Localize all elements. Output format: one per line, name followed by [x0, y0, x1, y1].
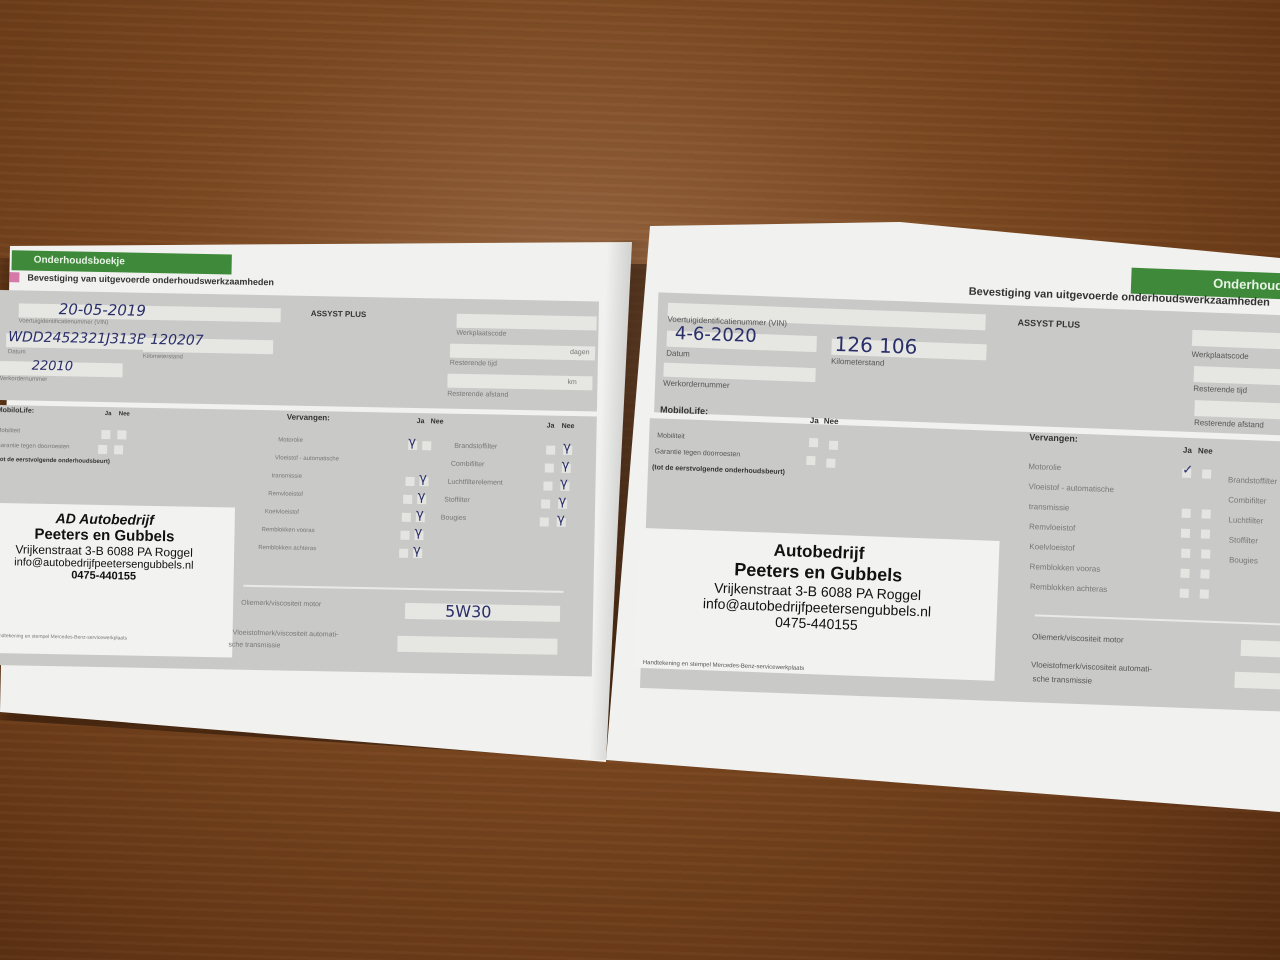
order-handwriting: 22010: [32, 359, 74, 375]
replace-item-label: Stoffilter: [1229, 535, 1259, 545]
vin-handwriting: 20-05-2019: [59, 300, 147, 320]
checkbox[interactable]: [826, 459, 835, 468]
replace-item-label: Luchtfilter: [1228, 515, 1263, 525]
handwritten-check-icon: γ: [419, 471, 427, 486]
checkbox-nee[interactable]: [1201, 509, 1210, 518]
dealer-stamp: Autobedrijf Peeters en Gubbels Vrijkenst…: [635, 528, 1000, 681]
checkbox-ja[interactable]: [1181, 509, 1190, 518]
trans-label-2: sche transmissie: [228, 641, 280, 649]
replace-item-label: Remblokken achteras: [258, 545, 316, 552]
replace-item-label: Koelvloeistof: [1029, 542, 1075, 553]
handwritten-check-icon: γ: [413, 543, 421, 558]
booklet-tab: Onderhoudsboekje: [12, 250, 232, 274]
order-label: Werkordernummer: [0, 376, 47, 383]
checkbox-ja[interactable]: [546, 446, 555, 455]
replace-item-label: Motorolie: [278, 437, 303, 443]
replace-item-label: transmissie: [1029, 502, 1070, 512]
ja-header: Ja: [417, 418, 425, 425]
replace-item-label: Koelvloeistof: [265, 509, 299, 516]
mobiliteit-label: Mobiliteit: [657, 432, 685, 440]
checkbox[interactable]: [117, 430, 126, 439]
replace-item-label: Luchtfilterelement: [447, 479, 502, 487]
replace-item-label: Vloeistof - automatische: [275, 455, 339, 462]
date-handwriting: 4-6-2020: [675, 323, 757, 347]
checkbox-nee[interactable]: [1201, 529, 1210, 538]
replace-item-label: Brandstoffilter: [454, 443, 497, 451]
nee-header: Nee: [431, 418, 444, 425]
checkbox[interactable]: [809, 438, 818, 447]
ja-header: Ja: [105, 411, 112, 417]
checkbox[interactable]: [98, 445, 107, 454]
trans-field: [1234, 672, 1280, 691]
handwritten-check-icon: γ: [558, 494, 566, 509]
handwritten-check-icon: ✓: [1182, 463, 1193, 478]
checkbox-ja[interactable]: [1180, 589, 1189, 598]
vervangen-title: Vervangen:: [1029, 432, 1078, 444]
trans-field: [397, 636, 557, 655]
checkbox-ja[interactable]: [543, 481, 552, 490]
nee-header: Nee: [824, 416, 839, 426]
checkbox-nee[interactable]: [1200, 569, 1209, 578]
replace-item-label: Bougies: [1229, 555, 1258, 565]
checkbox-ja[interactable]: [402, 513, 411, 522]
checkbox-ja[interactable]: [403, 495, 412, 504]
replace-item-label: transmissie: [272, 473, 302, 480]
ja-header: Ja: [547, 423, 555, 430]
ja-header: Ja: [1183, 446, 1192, 455]
checkbox-ja[interactable]: [545, 463, 554, 472]
replace-item-label: Combifilter: [1228, 495, 1267, 505]
checkbox[interactable]: [829, 441, 838, 450]
checkbox[interactable]: [114, 445, 123, 454]
nee-header: Nee: [562, 423, 575, 430]
date-handwriting: WDD2452321J313B: [8, 329, 147, 348]
checkbox-ja[interactable]: [405, 477, 414, 486]
handwritten-check-icon: γ: [562, 458, 570, 473]
nee-header: Nee: [1198, 446, 1213, 456]
checkbox-ja[interactable]: [400, 531, 409, 540]
checkbox[interactable]: [101, 430, 110, 439]
mobilolife-title: MobiloLife:: [660, 404, 708, 416]
replace-item-label: Brandstoffilter: [1228, 475, 1278, 486]
replace-item-label: Combifilter: [451, 461, 485, 469]
checkbox-nee[interactable]: [1200, 589, 1209, 598]
handwritten-check-icon: γ: [557, 512, 565, 527]
km-label: Kilometerstand: [831, 357, 885, 368]
handwritten-check-icon: γ: [417, 489, 425, 504]
time-label: Resterende tijd: [1193, 384, 1247, 395]
replace-item-label: Remvloeistof: [1029, 522, 1076, 533]
checkbox-ja[interactable]: [1181, 549, 1190, 558]
replace-item-label: Bougies: [441, 515, 466, 522]
date-label: Datum: [666, 349, 690, 359]
km-handwriting: 126 106: [834, 332, 918, 359]
assyst-plus-label: ASSYST PLUS: [311, 309, 367, 319]
oil-field: [1241, 640, 1280, 659]
workshop-field: [456, 314, 596, 331]
time-label: Resterende tijd: [450, 360, 497, 368]
km-handwriting: 120207: [150, 332, 204, 349]
oil-label: Oliemerk/viscositeit motor: [241, 600, 321, 609]
vervangen-title: Vervangen:: [287, 413, 330, 423]
oil-handwriting: 5W30: [445, 602, 492, 622]
handwritten-check-icon: γ: [408, 435, 416, 450]
replace-item-label: Remblokken vooras: [262, 527, 315, 534]
replace-item-label: Remvloeistof: [268, 491, 303, 498]
time-unit: dagen: [570, 349, 590, 356]
workshop-label: Werkplaatscode: [456, 330, 506, 338]
handwritten-check-icon: γ: [414, 525, 422, 540]
mobilolife-title: MobiloLife:: [0, 407, 34, 415]
nee-header: Nee: [119, 411, 130, 417]
handwritten-check-icon: γ: [563, 440, 571, 455]
replace-item-label: Motorolie: [1028, 462, 1061, 472]
checkbox-ja[interactable]: [540, 517, 549, 526]
date-label: Datum: [8, 349, 26, 355]
checkbox-nee[interactable]: [1202, 469, 1211, 478]
checkbox-nee[interactable]: [422, 441, 431, 450]
checkbox-ja[interactable]: [1180, 569, 1189, 578]
distance-label: Resterende afstand: [447, 391, 508, 399]
pink-marker: [9, 272, 19, 282]
garantie-label: Garantie tegen doorroesten: [0, 443, 70, 450]
km-label: Kilometerstand: [143, 354, 183, 361]
checkbox-ja[interactable]: [1181, 529, 1190, 538]
distance-unit: km: [567, 379, 576, 386]
checkbox-ja[interactable]: [541, 499, 550, 508]
checkbox-nee[interactable]: [1201, 549, 1210, 558]
checkbox[interactable]: [806, 456, 815, 465]
mobiliteit-label: Mobiliteit: [0, 428, 20, 434]
replace-item-label: Stoffilter: [444, 497, 470, 504]
handwritten-check-icon: γ: [416, 507, 424, 522]
checkbox-ja[interactable]: [399, 549, 408, 558]
handwritten-check-icon: γ: [560, 476, 568, 491]
ja-header: Ja: [810, 416, 819, 425]
